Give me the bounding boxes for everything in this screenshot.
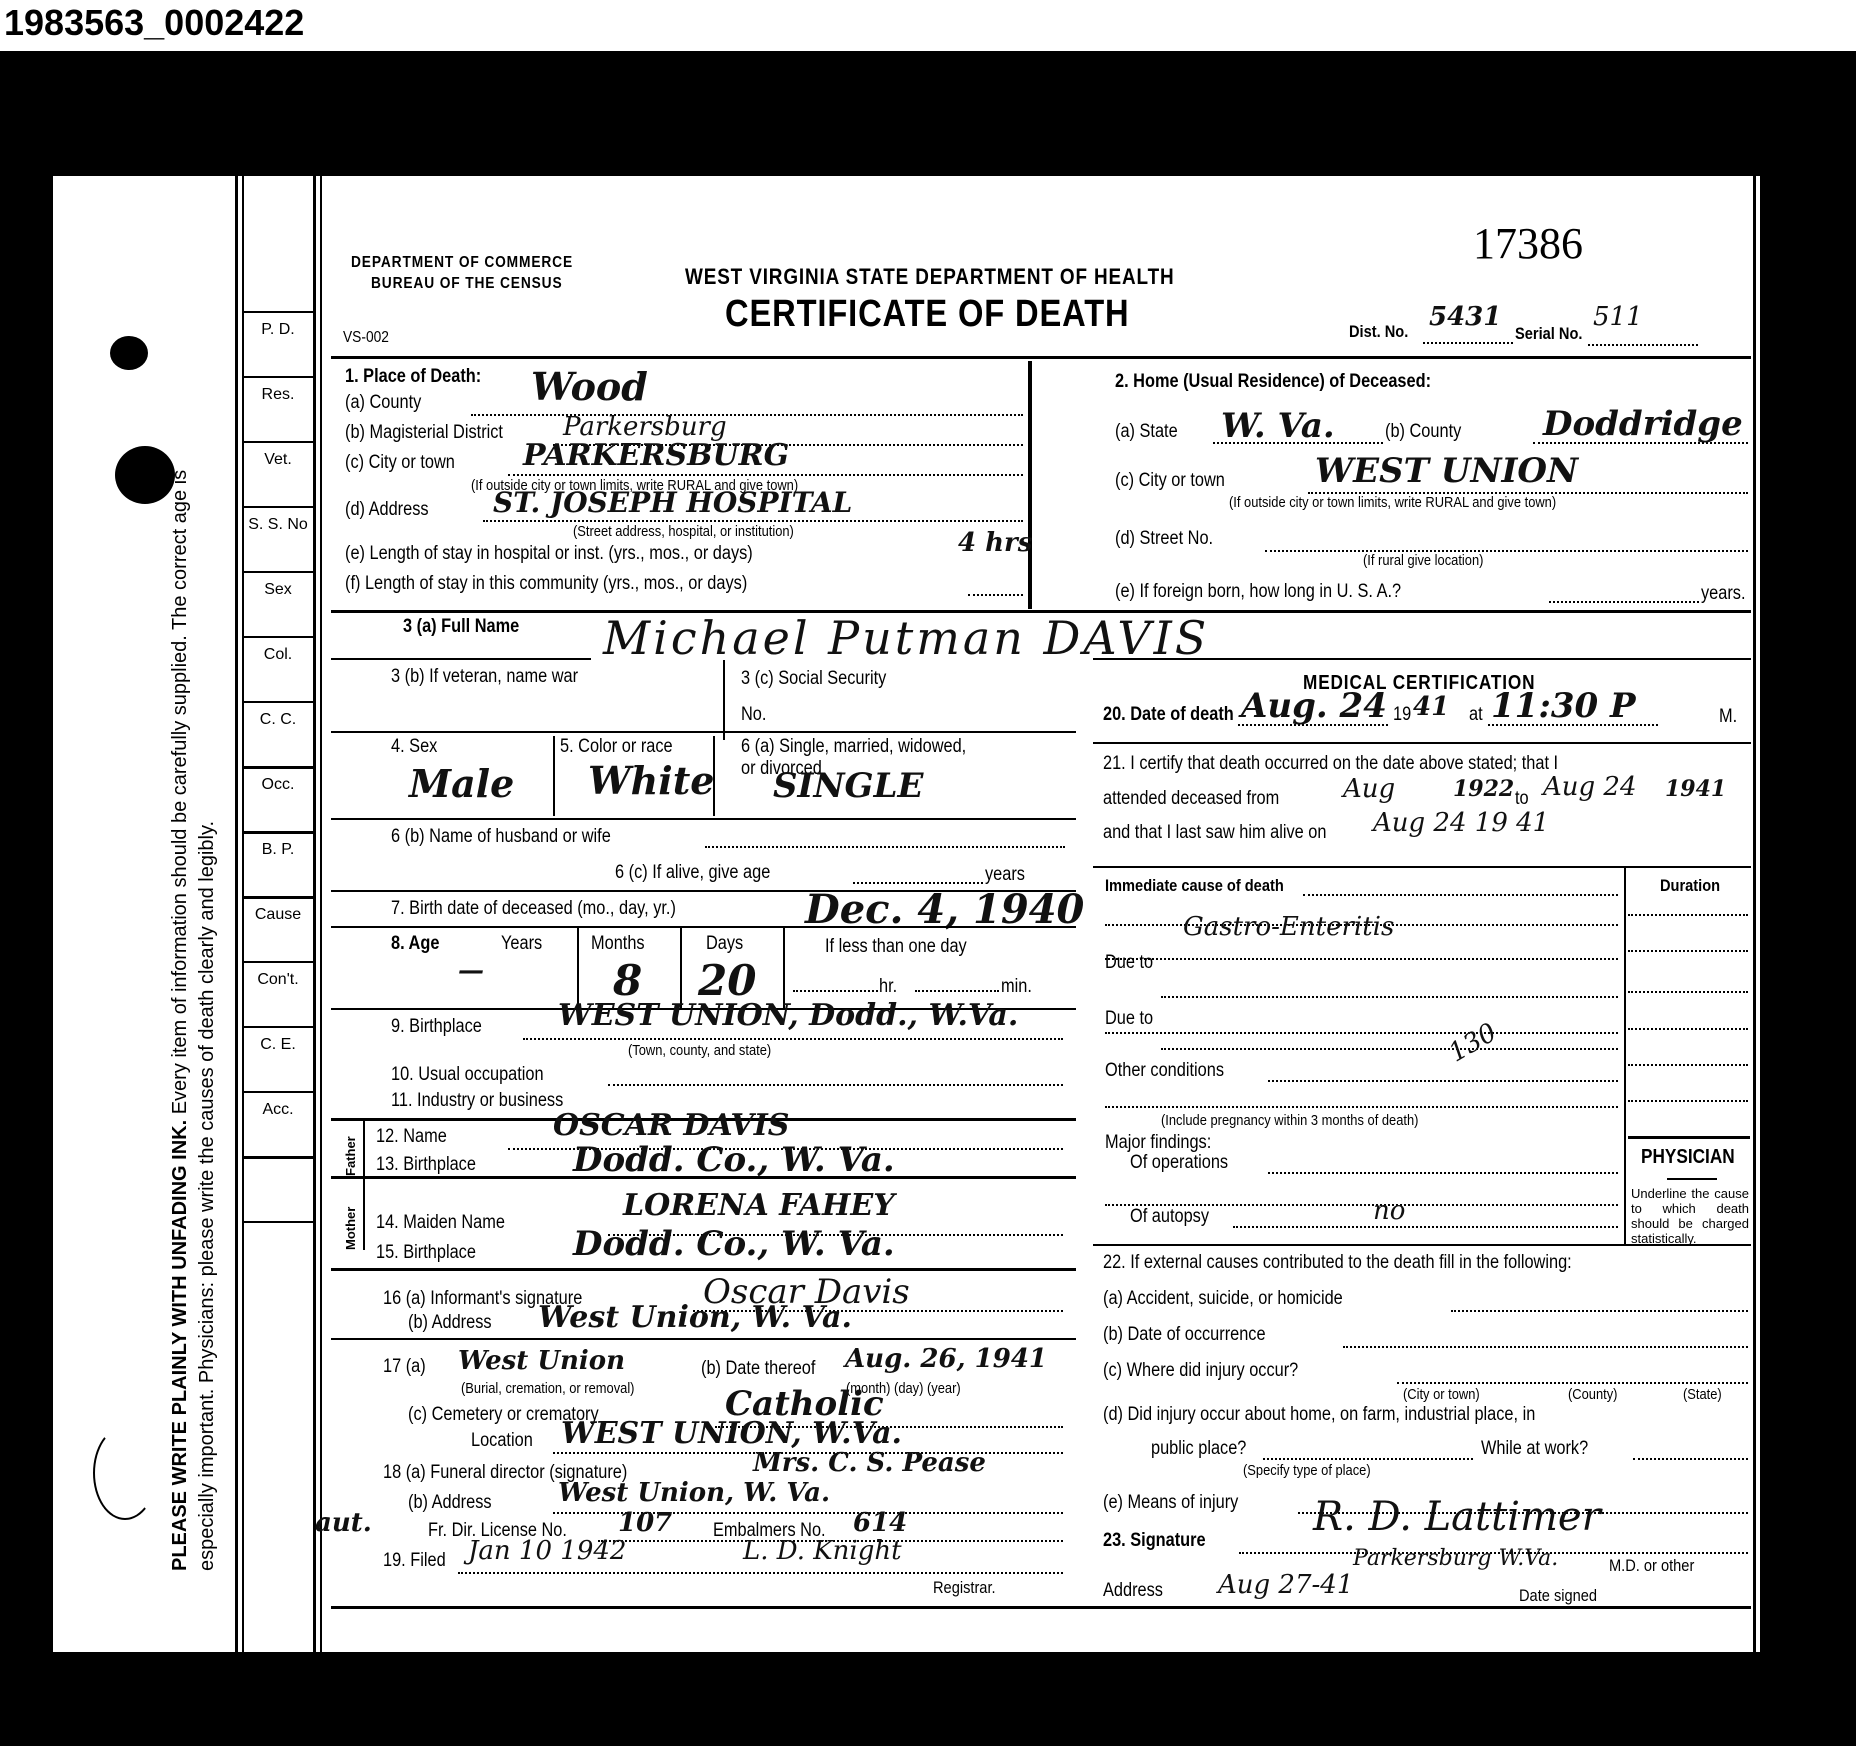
stamp-number: 17386 (1473, 218, 1583, 269)
external-a-label: (a) Accident, suicide, or homicide (1103, 1288, 1343, 1310)
marital-label: 6 (a) Single, married, widowed, (741, 736, 966, 758)
hr-label: hr. (879, 976, 897, 998)
embalmer-value: 614 (853, 1508, 907, 1538)
license-value: 107 (618, 1508, 672, 1538)
burial-label: 17 (a) (383, 1356, 426, 1378)
cemetery-location-value: WEST UNION, W.Va. (561, 1416, 902, 1451)
funeral-prefix: aut. (315, 1508, 372, 1538)
city-value: PARKERSBURG (523, 438, 789, 473)
signature-suffix: M.D. or other (1609, 1556, 1694, 1576)
attended-to-label: to (1515, 788, 1529, 810)
death-date-label: 20. Date of death (1103, 704, 1234, 726)
death-date-value: Aug. 24 (1241, 686, 1387, 726)
funeral-director-value: Mrs. C. S. Pease (753, 1448, 986, 1478)
years-label: Years (501, 933, 542, 955)
sex-label: 4. Sex (391, 736, 437, 758)
autopsy-value: no (1373, 1196, 1405, 1226)
external-e-label: (e) Means of injury (1103, 1492, 1238, 1514)
occupation-label: 10. Usual occupation (391, 1064, 544, 1086)
coding-strip: P. D. Res. Vet. S. S. No Sex Col. C. C. … (242, 176, 314, 1652)
res-street-note: (If rural give location) (1363, 552, 1483, 569)
last-seen-label: and that I last saw him alive on (1103, 822, 1326, 844)
strip-cell-pd: P. D. (242, 321, 314, 339)
death-year-value: 41 (1413, 692, 1449, 722)
death-date-label-text: 20. Date of death (1103, 704, 1234, 725)
external-heading: 22. If external causes contributed to th… (1103, 1252, 1572, 1274)
strip-border-right-2 (320, 176, 322, 1652)
code-value: 130 (1444, 1018, 1502, 1069)
mother-birthplace-value: Dodd. Co., W. Va. (573, 1224, 895, 1264)
signature-label-text: 23. Signature (1103, 1530, 1206, 1551)
registrar-label: Registrar. (933, 1578, 996, 1598)
strip-cell-occ: Occ. (242, 776, 314, 794)
death-year-prefix: 19 (1393, 704, 1411, 726)
birth-date-label: 7. Birth date of deceased (mo., day, yr.… (391, 898, 676, 920)
attended-label: attended deceased from (1103, 788, 1279, 810)
address-value: ST. JOSEPH HOSPITAL (493, 486, 852, 519)
mother-name-label: 14. Maiden Name (376, 1212, 505, 1234)
county-label: (a) County (345, 392, 421, 414)
res-state-label: (a) State (1115, 421, 1178, 443)
filed-label: 19. Filed (383, 1550, 446, 1572)
certificate-title: CERTIFICATE OF DEATH (725, 293, 1129, 336)
image-id-bar: 1983563_0002422 (0, 0, 1856, 51)
date-signed-label: Date signed (1519, 1586, 1597, 1606)
punch-hole-1 (110, 336, 148, 370)
father-name-label: 12. Name (376, 1126, 447, 1148)
strip-cell-cause: Cause (242, 906, 314, 924)
burial-date-label: (b) Date thereof (701, 1358, 815, 1380)
funeral-address-value: West Union, W. Va. (558, 1478, 830, 1508)
external-b-label: (b) Date of occurrence (1103, 1324, 1266, 1346)
physician-note: Underline the cause to which death shoul… (1631, 1186, 1749, 1246)
date-signed-value: Aug 27-41 (1218, 1570, 1353, 1600)
address-label: (d) Address (345, 499, 429, 521)
dept-commerce: DEPARTMENT OF COMMERCE (351, 254, 573, 272)
attended-to-year: 1941 (1665, 776, 1726, 802)
res-street-label: (d) Street No. (1115, 528, 1213, 550)
page-border-right (1753, 176, 1756, 1652)
signature-address-value: Parkersburg W.Va. (1353, 1546, 1558, 1571)
external-c-note-city: (City or town) (1403, 1386, 1480, 1403)
image-id-label: 1983563_0002422 (4, 2, 304, 44)
res-foreign-suffix: years. (1701, 583, 1746, 605)
dist-value: 5431 (1429, 302, 1501, 332)
stay-hospital-label: (e) Length of stay in hospital or inst. … (345, 543, 753, 565)
duration-divider (1624, 868, 1626, 1244)
serial-dotline (1588, 344, 1698, 346)
major-findings-label: Major findings: (1105, 1132, 1211, 1154)
res-state-value: W. Va. (1221, 406, 1335, 446)
section-divider-top (1028, 361, 1032, 609)
signature-value: R. D. Lattimer (1313, 1494, 1601, 1540)
res-foreign-label: (e) If foreign born, how long in U. S. A… (1115, 581, 1401, 603)
external-c-note-county: (County) (1568, 1386, 1617, 1403)
due-to-2-label: Due to (1105, 1008, 1153, 1030)
immediate-cause-value: Gastro-Enteritis (1183, 912, 1394, 942)
spouse-age-label: 6 (c) If alive, give age (615, 862, 770, 884)
res-city-note: (If outside city or town limits, write R… (1229, 494, 1556, 511)
strip-cell-vet: Vet. (242, 451, 314, 469)
margin-instruction-text-2: especially important. Physicians: please… (196, 821, 218, 1571)
birthplace-value: WEST UNION, Dodd., W.Va. (558, 998, 1018, 1033)
strip-cell-col: Col. (242, 646, 314, 664)
res-county-value: Doddridge (1543, 404, 1743, 444)
birthplace-label: 9. Birthplace (391, 1016, 482, 1038)
signature-label: 23. Signature (1103, 1530, 1206, 1552)
external-d-label-2: public place? (1151, 1438, 1246, 1460)
age-label: 8. Age (391, 933, 439, 955)
dist-dotline (1423, 342, 1513, 344)
veteran-label: 3 (b) If veteran, name war (391, 666, 578, 688)
strip-cell-res: Res. (242, 386, 314, 404)
registrar-signature: L. D. Knight (743, 1536, 902, 1566)
form-number: VS-002 (343, 329, 389, 347)
certify-text: 21. I certify that death occurred on the… (1103, 753, 1558, 775)
full-name-label-text: 3 (a) Full Name (403, 616, 519, 637)
race-label: 5. Color or race (560, 736, 673, 758)
industry-label: 11. Industry or business (391, 1090, 563, 1112)
external-d-note: (Specify type of place) (1243, 1462, 1371, 1479)
operations-label: Of operations (1130, 1152, 1228, 1174)
father-birthplace-value: Dodd. Co., W. Va. (573, 1140, 895, 1180)
immediate-cause-label: Immediate cause of death (1105, 876, 1284, 896)
burial-value: West Union (458, 1346, 625, 1376)
marital-value: SINGLE (773, 766, 923, 806)
father-birthplace-label: 13. Birthplace (376, 1154, 476, 1176)
pregnancy-note: (Include pregnancy within 3 months of de… (1161, 1112, 1418, 1129)
last-seen-value: Aug 24 19 41 (1373, 808, 1549, 838)
cemetery-location-label: Location (471, 1430, 533, 1452)
spouse-age-suffix: years (985, 864, 1025, 886)
res-county-label: (b) County (1385, 421, 1461, 443)
burial-date-value: Aug. 26, 1941 (845, 1344, 1047, 1374)
external-work-label: While at work? (1481, 1438, 1588, 1460)
death-certificate: PLEASE WRITE PLAINLY WITH UNFADING INK. … (53, 176, 1760, 1652)
death-time-suffix: M. (1719, 706, 1737, 728)
strip-border-left (235, 176, 238, 1652)
city-label: (c) City or town (345, 452, 455, 474)
external-c-note-state: (State) (1683, 1386, 1722, 1403)
strip-cell-bp: B. P. (242, 841, 314, 859)
external-d-label: (d) Did injury occur about home, on farm… (1103, 1404, 1535, 1426)
punch-hole-2 (115, 446, 175, 504)
death-at-label: at (1469, 704, 1483, 726)
father-tag: Father (343, 1136, 358, 1176)
mother-tag: Mother (343, 1207, 358, 1250)
years-value: — (458, 956, 484, 986)
father-name-value: OSCAR DAVIS (553, 1108, 789, 1143)
less-day-label: If less than one day (825, 936, 967, 958)
binder-ring-mark (93, 1426, 157, 1520)
informant-address-value: West Union, W. Va. (538, 1300, 852, 1335)
external-c-label: (c) Where did injury occur? (1103, 1360, 1298, 1382)
attended-to-value: Aug 24 (1543, 772, 1637, 802)
ssn-label-2: No. (741, 704, 766, 726)
strip-cell-sex: Sex (242, 581, 314, 599)
due-to-1-label: Due to (1105, 952, 1153, 974)
margin-instruction-line-1: PLEASE WRITE PLAINLY WITH UNFADING INK. … (169, 470, 192, 1571)
filed-value: Jan 10 1942 (468, 1536, 626, 1566)
autopsy-label: Of autopsy (1130, 1206, 1209, 1228)
full-name-value: Michael Putman DAVIS (603, 611, 1209, 665)
stay-community-label: (f) Length of stay in this community (yr… (345, 573, 747, 595)
residence-heading: 2. Home (Usual Residence) of Deceased: (1115, 371, 1431, 393)
race-value: White (588, 758, 714, 803)
place-death-heading: 1. Place of Death: (345, 366, 481, 388)
full-name-label: 3 (a) Full Name (403, 616, 519, 638)
age-label-text: 8. Age (391, 933, 439, 954)
bureau-census: BUREAU OF THE CENSUS (371, 275, 563, 293)
res-city-value: WEST UNION (1315, 451, 1578, 491)
attended-from-value: Aug (1343, 774, 1395, 804)
days-label: Days (706, 933, 743, 955)
stay-hospital-value: 4 hrs (958, 528, 1032, 558)
physician-heading: PHYSICIAN (1641, 1146, 1735, 1169)
spouse-label: 6 (b) Name of husband or wife (391, 826, 611, 848)
mother-name-value: LORENA FAHEY (623, 1188, 895, 1223)
strip-cell-ce: C. E. (242, 1036, 314, 1054)
ssn-label: 3 (c) Social Security (741, 668, 886, 690)
strip-cell-ssno: S. S. No (242, 516, 314, 534)
address-note: (Street address, hospital, or institutio… (573, 523, 794, 540)
duration-heading: Duration (1660, 876, 1720, 896)
strip-cell-cont: Con't. (242, 971, 314, 989)
strip-cell-acc: Acc. (242, 1101, 314, 1119)
serial-value: 511 (1593, 302, 1643, 332)
birthplace-note: (Town, county, and state) (628, 1042, 771, 1059)
sex-value: Male (409, 761, 514, 806)
agency-title: WEST VIRGINIA STATE DEPARTMENT OF HEALTH (685, 264, 1175, 290)
informant-address-label: (b) Address (408, 1312, 492, 1334)
mother-birthplace-label: 15. Birthplace (376, 1242, 476, 1264)
district-label: (b) Magisterial District (345, 422, 503, 444)
margin-instruction-text-1: Every item of information should be care… (169, 470, 191, 1114)
dist-label: Dist. No. (1349, 322, 1408, 342)
serial-label: Serial No. (1515, 324, 1582, 344)
signature-address-label: Address (1103, 1580, 1163, 1602)
strip-cell-cc: C. C. (242, 711, 314, 729)
header-rule (331, 356, 1751, 359)
attended-from-year: 1922 (1453, 776, 1514, 802)
margin-instruction-line-2: especially important. Physicians: please… (196, 821, 219, 1571)
months-label: Months (591, 933, 645, 955)
death-time-value: 11:30 P (1491, 686, 1636, 726)
res-city-label: (c) City or town (1115, 470, 1225, 492)
other-conditions-label: Other conditions (1105, 1060, 1224, 1082)
county-value: Wood (531, 364, 648, 409)
margin-instruction-bold: PLEASE WRITE PLAINLY WITH UNFADING INK. (169, 1120, 191, 1571)
burial-note: (Burial, cremation, or removal) (461, 1380, 634, 1397)
min-label: min. (1001, 976, 1032, 998)
funeral-address-label: (b) Address (408, 1492, 492, 1514)
